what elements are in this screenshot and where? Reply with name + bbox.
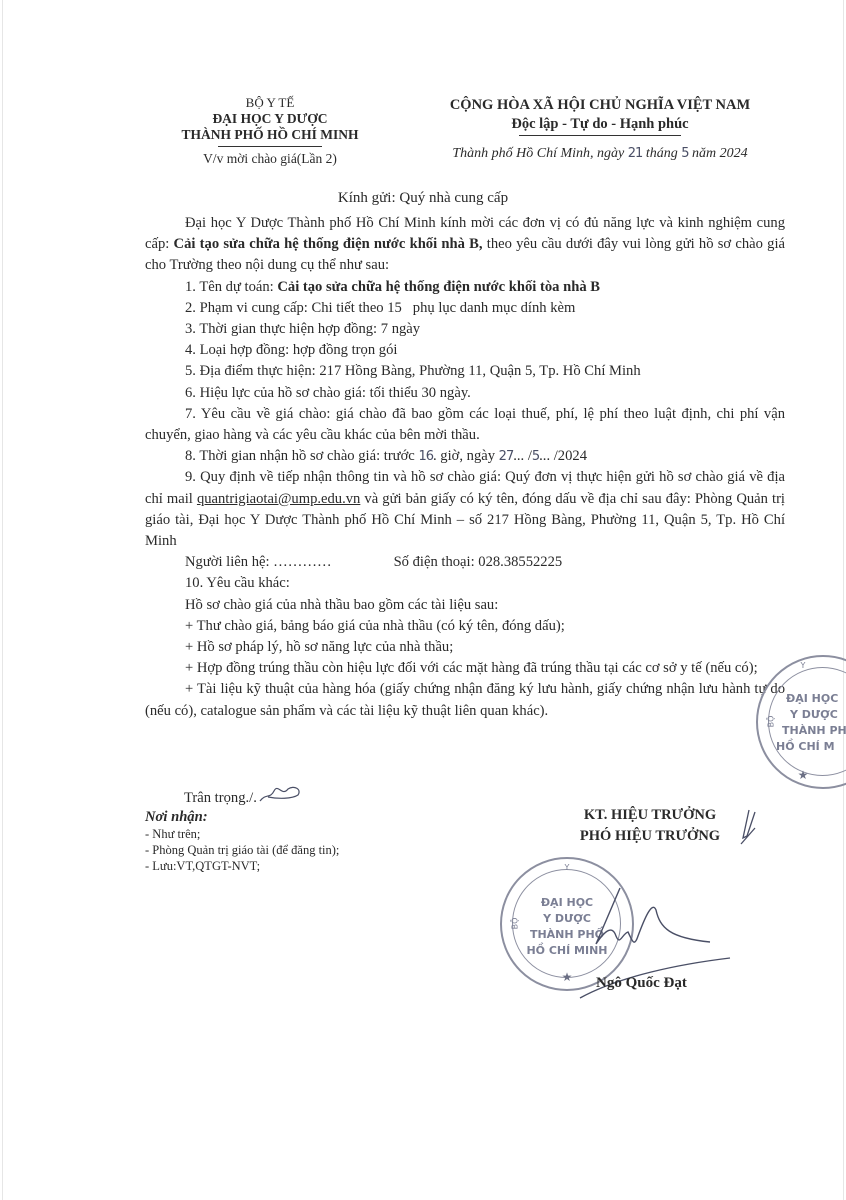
contact-email-link[interactable]: quantrigiaotai@ump.edu.vn bbox=[197, 491, 360, 507]
issuer-header: BỘ Y TẾ ĐẠI HỌC Y DƯỢC THÀNH PHỐ HỒ CHÍ … bbox=[165, 95, 375, 167]
scan-edge-left bbox=[2, 0, 3, 1200]
signatory-title-line1: KT. HIỆU TRƯỞNG bbox=[535, 805, 765, 826]
item-5: 5. Địa điểm thực hiện: 217 Hồng Bàng, Ph… bbox=[145, 361, 785, 382]
recipient-item: - Phòng Quản trị giáo tài (để đăng tin); bbox=[145, 842, 339, 858]
university-name-line2: THÀNH PHỐ HỒ CHÍ MINH bbox=[165, 127, 375, 143]
initials-signature bbox=[258, 783, 308, 805]
item-8-label: 8. Thời gian nhận hồ sơ chào giá: trước bbox=[185, 448, 418, 464]
salutation: Kính gửi: Quý nhà cung cấp bbox=[0, 190, 846, 207]
closing-remark: Trân trọng./. bbox=[184, 790, 257, 807]
seal-top-text: Y bbox=[502, 863, 632, 872]
national-header: CỘNG HÒA XÃ HỘI CHỦ NGHĨA VIỆT NAM Độc l… bbox=[430, 96, 770, 162]
contact-line: Người liên hệ: …………Số điện thoại: 028.38… bbox=[145, 552, 785, 573]
item-2: 2. Phạm vi cung cấp: Chi tiết theo 15 ph… bbox=[145, 298, 785, 319]
deadline-hour-handwritten: 16 bbox=[418, 449, 433, 464]
item-1-value: Cải tạo sửa chữa hệ thống điện nước khối… bbox=[277, 279, 600, 295]
item-4: 4. Loại hợp đồng: hợp đồng trọn gói bbox=[145, 340, 785, 361]
seal-line3: THÀNH PH bbox=[782, 723, 846, 739]
seal-partial-right: Y ĐẠI HỌC Y DƯỢC THÀNH PH HỒ CHÍ M BỘ ★ bbox=[756, 655, 846, 789]
seal-line4: HỒ CHÍ M bbox=[776, 739, 846, 755]
seal-top-text: Y bbox=[738, 661, 846, 670]
item-8-sep: ... / bbox=[513, 448, 532, 464]
contact-phone: Số điện thoại: 028.38552225 bbox=[394, 554, 563, 570]
item-1: 1. Tên dự toán: Cải tạo sửa chữa hệ thốn… bbox=[145, 277, 785, 298]
item-8-mid: . giờ, ngày bbox=[433, 448, 499, 464]
item-8: 8. Thời gian nhận hồ sơ chào giá: trước … bbox=[145, 446, 785, 467]
item-10: 10. Yêu cầu khác: bbox=[145, 573, 785, 594]
item-1-label: 1. Tên dự toán: bbox=[185, 279, 277, 295]
date-prefix: Thành phố Hồ Chí Minh, ngày bbox=[452, 146, 627, 161]
motto-underline bbox=[519, 135, 681, 136]
seal-side-text: BỘ bbox=[767, 657, 776, 787]
recipients-block: Nơi nhận: - Như trên; - Phòng Quản trị g… bbox=[145, 808, 339, 874]
signatory-name: Ngô Quốc Đạt bbox=[596, 975, 687, 992]
document-page: BỘ Y TẾ ĐẠI HỌC Y DƯỢC THÀNH PHỐ HỒ CHÍ … bbox=[0, 0, 846, 1200]
date-day-handwritten: 21 bbox=[628, 146, 643, 161]
date-mid: tháng bbox=[642, 146, 681, 161]
item-6: 6. Hiệu lực của hồ sơ chào giá: tối thiể… bbox=[145, 383, 785, 404]
seal-side-text: BỘ bbox=[511, 859, 520, 989]
recipient-item: - Như trên; bbox=[145, 826, 339, 842]
national-motto: Độc lập - Tự do - Hạnh phúc bbox=[430, 115, 770, 134]
document-subject: V/v mời chào giá(Lần 2) bbox=[165, 151, 375, 167]
intro-paragraph: Đại học Y Dược Thành phố Hồ Chí Minh kín… bbox=[145, 213, 785, 277]
signatory-title: KT. HIỆU TRƯỞNG PHÓ HIỆU TRƯỞNG bbox=[535, 805, 765, 847]
seal-star-icon: ★ bbox=[738, 768, 846, 783]
item-8-year: ... /2024 bbox=[539, 448, 587, 464]
national-title: CỘNG HÒA XÃ HỘI CHỦ NGHĨA VIỆT NAM bbox=[430, 96, 770, 115]
seal-line1: ĐẠI HỌC bbox=[786, 691, 846, 707]
deadline-day-handwritten: 27 bbox=[499, 449, 514, 464]
doc-requirement-3: + Hợp đồng trúng thầu còn hiệu lực đối v… bbox=[145, 658, 785, 679]
item-7: 7. Yêu cầu về giá chào: giá chào đã bao … bbox=[145, 404, 785, 446]
document-date: Thành phố Hồ Chí Minh, ngày 21 tháng 5 n… bbox=[430, 146, 770, 162]
contact-person: Người liên hệ: ………… bbox=[185, 554, 332, 570]
docs-intro: Hồ sơ chào giá của nhà thầu bao gồm các … bbox=[145, 595, 785, 616]
recipient-item: - Lưu:VT,QTGT-NVT; bbox=[145, 858, 339, 874]
date-suffix: năm 2024 bbox=[688, 146, 747, 161]
item-3: 3. Thời gian thực hiện hợp đồng: 7 ngày bbox=[145, 319, 785, 340]
intro-project-name: Cải tạo sửa chữa hệ thống điện nước khối… bbox=[174, 236, 483, 252]
doc-requirement-4: + Tài liệu kỹ thuật của hàng hóa (giấy c… bbox=[145, 679, 785, 721]
approval-tick-mark bbox=[735, 808, 765, 848]
handwritten-signature bbox=[560, 880, 750, 990]
ministry-name: BỘ Y TẾ bbox=[165, 95, 375, 111]
doc-requirement-2: + Hồ sơ pháp lý, hồ sơ năng lực của nhà … bbox=[145, 637, 785, 658]
scan-edge-right bbox=[843, 0, 844, 1200]
header-divider bbox=[218, 146, 322, 147]
seal-line2: Y DƯỢC bbox=[790, 707, 846, 723]
document-body: Đại học Y Dược Thành phố Hồ Chí Minh kín… bbox=[145, 213, 785, 722]
item-9: 9. Quy định về tiếp nhận thông tin và hồ… bbox=[145, 467, 785, 552]
signatory-title-line2: PHÓ HIỆU TRƯỞNG bbox=[535, 826, 765, 847]
recipients-title: Nơi nhận: bbox=[145, 808, 339, 826]
university-name-line1: ĐẠI HỌC Y DƯỢC bbox=[165, 111, 375, 127]
doc-requirement-1: + Thư chào giá, bảng báo giá của nhà thầ… bbox=[145, 616, 785, 637]
